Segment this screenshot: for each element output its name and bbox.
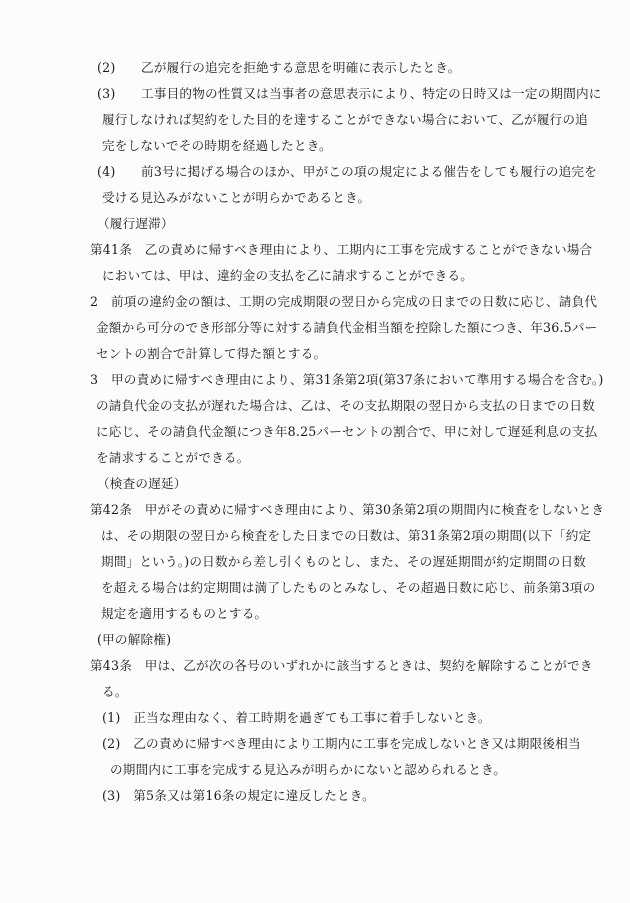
item-4-line-2: 受ける見込みがないことが明らかであるとき。 [102, 190, 370, 206]
item-3-line-2: 履行しなければ契約をした目的を達することができない場合において、乙が履行の追 [102, 112, 588, 128]
article-43-item-2-line-2: の期間内に工事を完成する見込みが明らかにないと認められるとき。 [110, 762, 506, 778]
article-41-para-3-line-4: を請求することができる。 [96, 450, 250, 466]
article-42-line-4: を超える場合は約定期間は満了したものとみなし、その超過日数に応じ、前条第3項の [101, 580, 595, 596]
article-41-para-3-line-2: の請負代金の支払が遅れた場合は、乙は、その支払期限の翌日から支払の日までの日数 [96, 398, 595, 414]
article-41-para-2-line-2: 金額から可分のでき形部分等に対する請負代金相当額を控除した額につき、年36.5パ… [96, 320, 597, 336]
article-41-para-2-line-1: 2 前項の違約金の額は、工期の完成期限の翌日から完成の日までの日数に応じ、請負代 [90, 294, 597, 310]
heading-performance-delay: （履行遅滞） [97, 216, 174, 232]
article-43-item-1: (1) 正当な理由なく、着工時期を過ぎても工事に着手しないとき。 [102, 710, 491, 726]
article-41-para-3-line-1: 3 甲の責めに帰すべき理由により、第31条第2項(第37条において準用する場合を… [90, 372, 604, 388]
article-43-line-1: 第43条 甲は、乙が次の各号のいずれかに該当するときは、契約を解除することができ [90, 658, 593, 674]
item-3-line-3: 完をしないでその時期を経過したとき。 [102, 138, 332, 154]
article-43-item-3: (3) 第5条又は第16条の規定に違反したとき。 [102, 788, 375, 804]
heading-inspection-delay: （検査の遅延） [97, 476, 187, 492]
article-42-line-5: 規定を適用するものとする。 [101, 606, 267, 622]
article-42-line-2: は、その期限の翌日から検査をした日までの日数は、第31条第2項の期間(以下「約定 [101, 528, 591, 544]
article-41-para-3-line-3: に応じ、その請負代金額につき年8.25パーセントの割合で、甲に対して遅延利息の支… [96, 424, 597, 440]
article-41-line-1: 第41条 乙の責めに帰すべき理由により、工期内に工事を完成することができない場合 [90, 242, 592, 258]
article-41-para-2-line-3: セントの割合で計算して得た額とする。 [96, 346, 326, 362]
item-2-line-1: (2) 乙が履行の追完を拒絶する意思を明確に表示したとき。 [97, 60, 460, 76]
heading-termination-right: (甲の解除権) [97, 632, 171, 648]
document-page: (2) 乙が履行の追完を拒絶する意思を明確に表示したとき。 (3) 工事目的物の… [0, 0, 630, 903]
item-4-line-1: (4) 前3号に掲げる場合のほか、甲がこの項の規定による催告をしても履行の追完を [97, 164, 597, 180]
item-3-line-1: (3) 工事目的物の性質又は当事者の意思表示により、特定の日時又は一定の期間内に [97, 86, 602, 102]
article-43-item-2-line-1: (2) 乙の責めに帰すべき理由により工期内に工事を完成しないとき又は期限後相当 [102, 736, 581, 752]
article-42-line-1: 第42条 甲がその責めに帰すべき理由により、第30条第2項の期間内に検査をしない… [90, 502, 604, 518]
article-43-line-2: る。 [102, 684, 128, 700]
article-42-line-3: 期間」という。)の日数から差し引くものとし、また、その遅延期間が約定期間の日数 [101, 554, 586, 570]
article-41-line-2: においては、甲は、違約金の支払を乙に請求することができる。 [102, 268, 473, 284]
